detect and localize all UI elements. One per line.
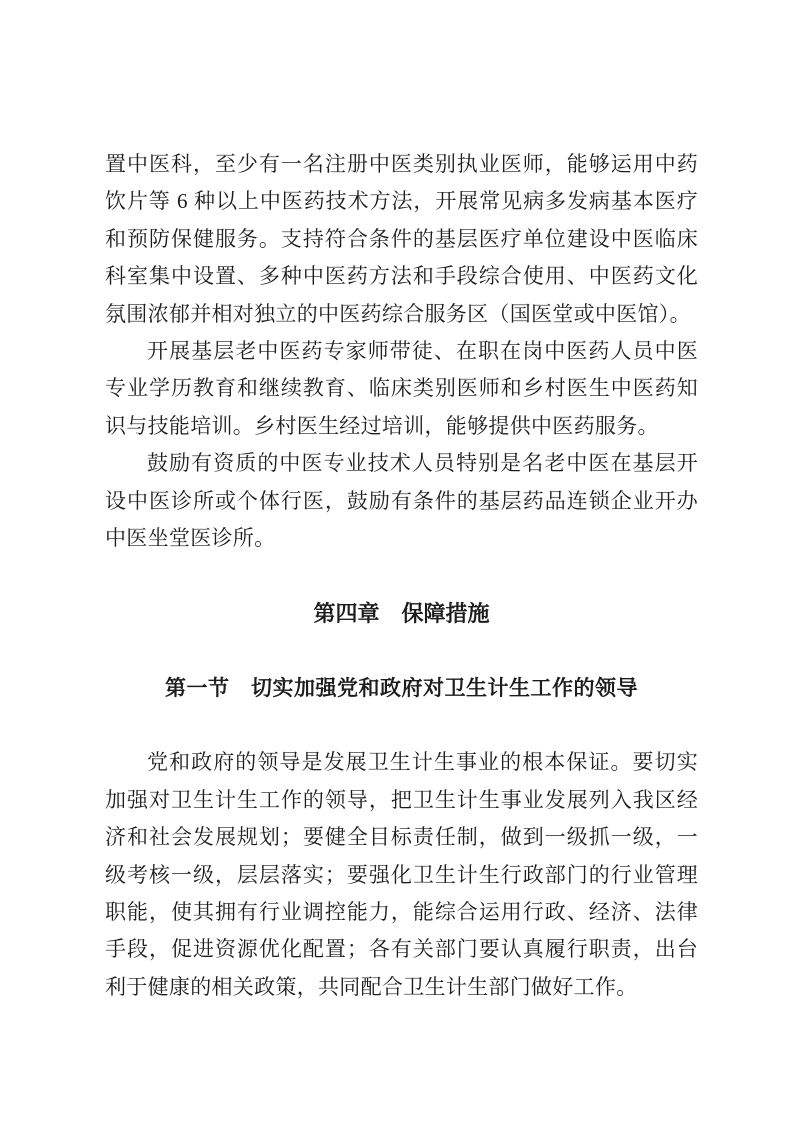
paragraph: 党和政府的领导是发展卫生计生事业的根本保证。要切实加强对卫生计生工作的领导，把卫… xyxy=(105,744,698,1006)
chapter-heading: 第四章 保障措施 xyxy=(105,595,698,632)
section-heading: 第一节 切实加强党和政府对卫生计生工作的领导 xyxy=(105,670,698,707)
paragraph: 开展基层老中医药专家师带徒、在职在岗中医药人员中医专业学历教育和继续教育、临床类… xyxy=(105,333,698,445)
paragraph-continuation: 置中医科，至少有一名注册中医类别执业医师，能够运用中药饮片等 6 种以上中医药技… xyxy=(105,146,698,333)
document-content: 置中医科，至少有一名注册中医类别执业医师，能够运用中药饮片等 6 种以上中医药技… xyxy=(105,146,698,1006)
paragraph: 鼓励有资质的中医专业技术人员特别是名老中医在基层开设中医诊所或个体行医，鼓励有条… xyxy=(105,445,698,557)
document-page: 置中医科，至少有一名注册中医类别执业医师，能够运用中药饮片等 6 种以上中医药技… xyxy=(0,0,793,1122)
